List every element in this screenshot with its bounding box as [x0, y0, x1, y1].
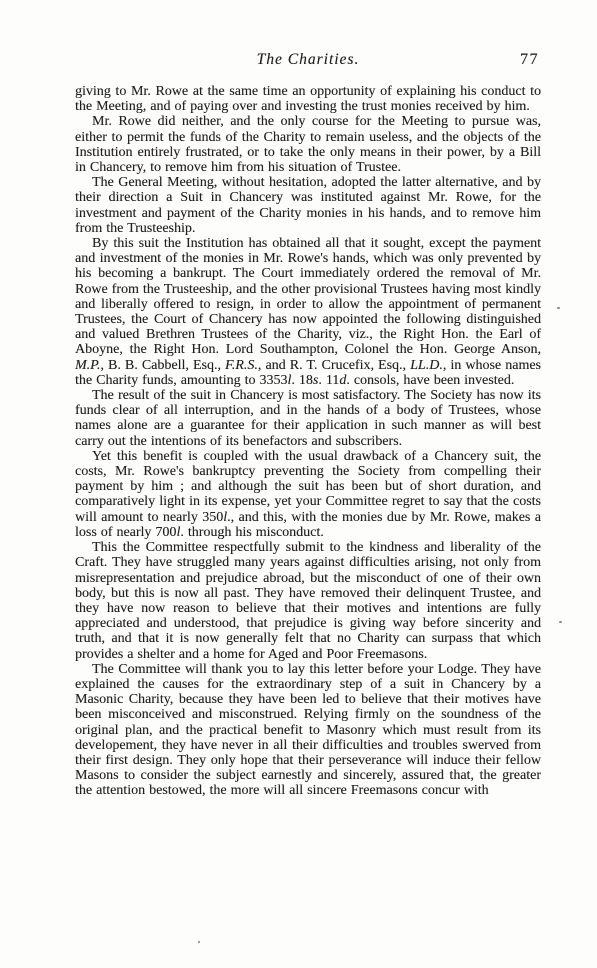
- text-run: The Committee will thank you to lay this…: [75, 662, 541, 799]
- scan-speck: [198, 941, 200, 943]
- text-block: giving to Mr. Rowe at the same time an o…: [75, 84, 541, 799]
- text-run: This the Committee respectfully submit t…: [75, 540, 541, 661]
- page-number: 77: [520, 51, 539, 69]
- text-run: . through his misconduct.: [180, 525, 323, 540]
- page-header: The Charities. 77: [75, 51, 541, 71]
- paragraph: Yet this benefit is coupled with the usu…: [75, 449, 541, 540]
- paragraph: Mr. Rowe did neither, and the only cours…: [75, 114, 541, 175]
- text-run: . 11: [318, 373, 339, 388]
- paragraph: The result of the suit in Chancery is mo…: [75, 388, 541, 449]
- text-run: giving to Mr. Rowe at the same time an o…: [75, 84, 541, 114]
- scanned-page: The Charities. 77 giving to Mr. Rowe at …: [0, 0, 597, 968]
- text-run: By this suit the Institution has obtaine…: [75, 236, 541, 357]
- paragraph: The Committee will thank you to lay this…: [75, 662, 541, 799]
- text-run: . consols, have been invested.: [346, 373, 514, 388]
- text-run: , and R. T. Crucefix, Esq.,: [258, 358, 410, 373]
- scan-speck: [559, 621, 562, 623]
- paragraph: This the Committee respectfully submit t…: [75, 540, 541, 662]
- running-header-title: The Charities.: [75, 51, 541, 69]
- text-run: Mr. Rowe did neither, and the only cours…: [75, 114, 541, 175]
- paragraph: giving to Mr. Rowe at the same time an o…: [75, 84, 541, 114]
- text-run: , B. B. Cabbell, Esq.,: [100, 358, 225, 373]
- paragraph: By this suit the Institution has obtaine…: [75, 236, 541, 388]
- text-run: . 18: [291, 373, 313, 388]
- paragraph: The General Meeting, without hesitation,…: [75, 175, 541, 236]
- scan-speck: [557, 307, 560, 309]
- text-run: The General Meeting, without hesitation,…: [75, 175, 541, 236]
- text-run: The result of the suit in Chancery is mo…: [75, 388, 541, 449]
- italic-text-run: LL.D.: [410, 358, 443, 373]
- italic-text-run: M.P.: [75, 358, 100, 373]
- italic-text-run: F.R.S.: [225, 358, 258, 373]
